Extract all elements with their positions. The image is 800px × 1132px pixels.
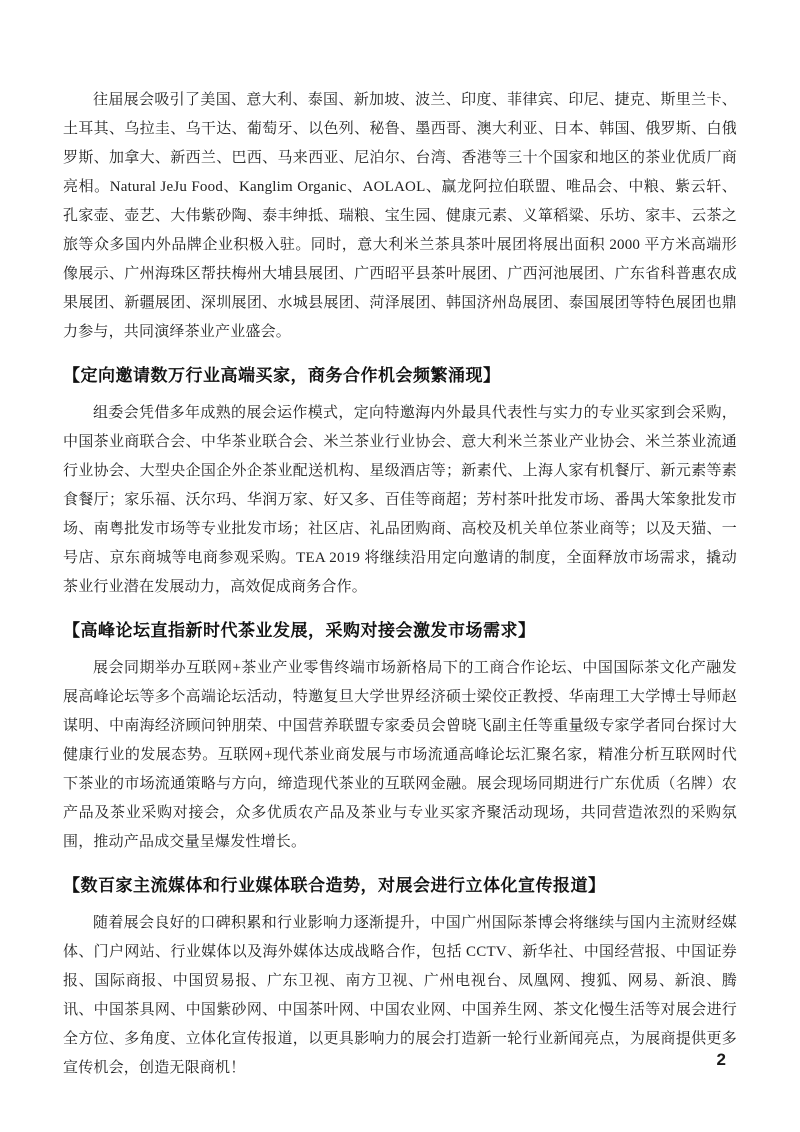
section-targeted-buyers: 【定向邀请数万行业高端买家，商务合作机会频繁涌现】 组委会凭借多年成熟的展会运作… bbox=[63, 361, 737, 602]
page-number: 2 bbox=[717, 1050, 726, 1070]
section-heading: 【数百家主流媒体和行业媒体联合造势，对展会进行立体化宣传报道】 bbox=[63, 871, 737, 901]
section-heading: 【定向邀请数万行业高端买家，商务合作机会频繁涌现】 bbox=[63, 361, 737, 391]
section-paragraph: 随着展会良好的口碑积累和行业影响力逐渐提升，中国广州国际茶博会将继续与国内主流财… bbox=[63, 909, 737, 1083]
intro-paragraph: 往届展会吸引了美国、意大利、泰国、新加坡、波兰、印度、菲律宾、印尼、捷克、斯里兰… bbox=[63, 86, 737, 347]
section-paragraph: 组委会凭借多年成熟的展会运作模式，定向特邀海内外最具代表性与实力的专业买家到会采… bbox=[63, 399, 737, 602]
document-page: 往届展会吸引了美国、意大利、泰国、新加坡、波兰、印度、菲律宾、印尼、捷克、斯里兰… bbox=[0, 0, 800, 1132]
section-summit-forum: 【高峰论坛直指新时代茶业发展，采购对接会激发市场需求】 展会同期举办互联网+茶业… bbox=[63, 616, 737, 857]
section-paragraph: 展会同期举办互联网+茶业产业零售终端市场新格局下的工商合作论坛、中国国际茶文化产… bbox=[63, 654, 737, 857]
section-heading: 【高峰论坛直指新时代茶业发展，采购对接会激发市场需求】 bbox=[63, 616, 737, 646]
section-media-coverage: 【数百家主流媒体和行业媒体联合造势，对展会进行立体化宣传报道】 随着展会良好的口… bbox=[63, 871, 737, 1083]
